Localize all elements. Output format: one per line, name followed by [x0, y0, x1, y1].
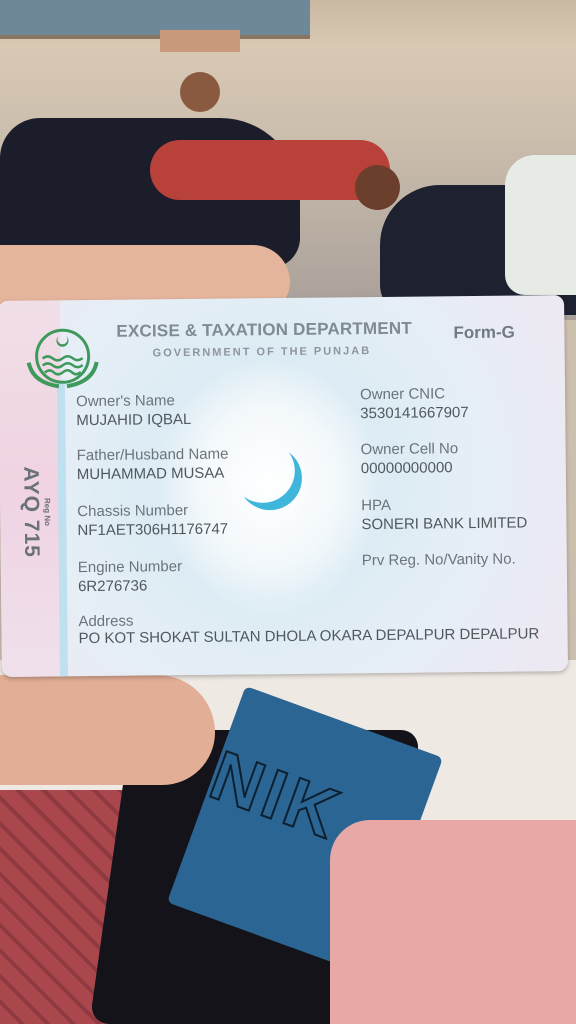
plastic-bag — [505, 155, 576, 295]
form-label: Form-G — [453, 323, 515, 344]
government-subtitle: GOVERNMENT OF THE PUNJAB — [153, 345, 372, 359]
chassis-number-field: Chassis Number NF1AET306H1176747 — [77, 501, 228, 541]
field-value: PO KOT SHOKAT SULTAN DHOLA OKARA DEPALPU… — [79, 626, 549, 646]
field-label: Father/Husband Name — [77, 445, 229, 466]
red-cloth — [150, 140, 390, 200]
thumb — [0, 675, 215, 785]
field-value: 00000000000 — [361, 458, 459, 478]
owner-name-field: Owner's Name MUJAHID IQBAL — [76, 391, 191, 430]
field-value: 3530141667907 — [360, 403, 469, 423]
reg-number: AYQ 715 — [19, 466, 43, 558]
department-title: EXCISE & TAXATION DEPARTMENT — [116, 319, 412, 342]
field-label: Owner CNIC — [360, 384, 469, 404]
field-value: MUJAHID IQBAL — [76, 410, 191, 430]
punjab-emblem-icon — [20, 322, 101, 393]
address-field: Address PO KOT SHOKAT SULTAN DHOLA OKARA… — [78, 607, 548, 646]
owner-cnic-field: Owner CNIC 3530141667907 — [360, 384, 469, 423]
field-label: Chassis Number — [77, 501, 228, 522]
engine-number-field: Engine Number 6R276736 — [78, 557, 183, 596]
father-name-field: Father/Husband Name MUHAMMAD MUSAA — [77, 445, 229, 485]
field-label: Prv Reg. No/Vanity No. — [362, 550, 516, 571]
brick — [160, 30, 240, 52]
field-value: 6R276736 — [78, 576, 182, 596]
field-value: SONERI BANK LIMITED — [361, 513, 527, 534]
field-value: NF1AET306H1176747 — [77, 520, 228, 541]
field-label: HPA — [361, 494, 527, 515]
window-frame — [0, 0, 310, 39]
field-label: Owner Cell No — [361, 439, 459, 459]
hpa-field: HPA SONERI BANK LIMITED — [361, 494, 527, 534]
wooden-toy — [180, 72, 220, 112]
pink-fabric — [330, 820, 576, 1024]
owner-cell-field: Owner Cell No 00000000000 — [361, 439, 459, 478]
card-blue-strip — [57, 380, 68, 676]
field-value: MUHAMMAD MUSAA — [77, 464, 229, 485]
field-label: Owner's Name — [76, 391, 191, 411]
field-label: Engine Number — [78, 557, 182, 577]
prv-reg-field: Prv Reg. No/Vanity No. — [362, 550, 516, 571]
reg-number-block: Reg No AYQ 715 — [18, 447, 52, 577]
reg-label: Reg No — [42, 447, 52, 577]
wooden-toy — [355, 165, 400, 210]
registration-card: EXCISE & TAXATION DEPARTMENT GOVERNMENT … — [0, 295, 568, 677]
